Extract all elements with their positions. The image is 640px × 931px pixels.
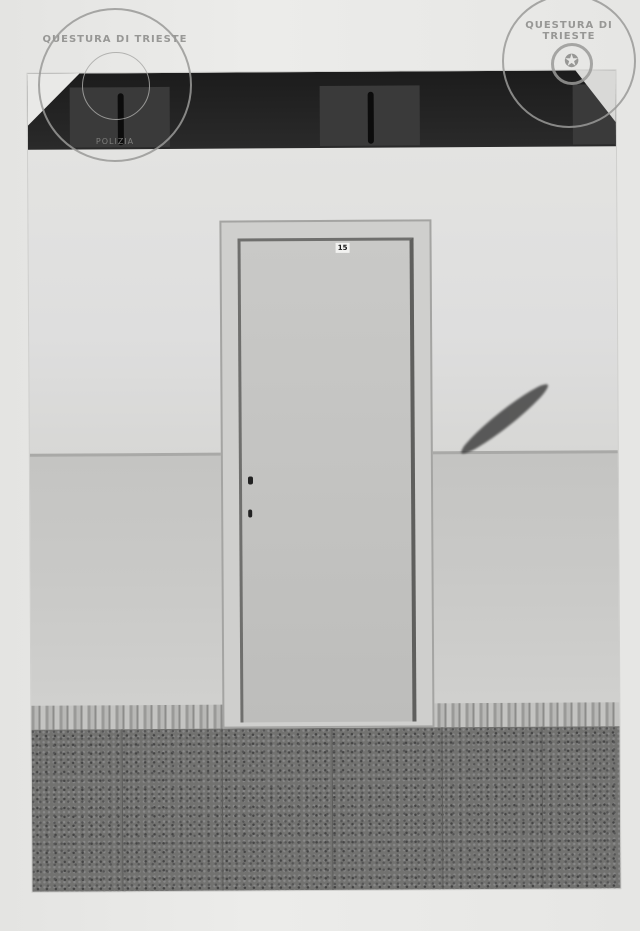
star-emblem-icon: ✪ — [551, 43, 593, 85]
stamp-text: QUESTURA DI TRIESTE — [40, 34, 190, 45]
door-number-plate: 15 — [336, 243, 350, 253]
terrazzo-floor — [32, 726, 621, 892]
photograph: 15 — [28, 70, 621, 892]
stamp-lower-text: POLIZIA — [40, 137, 190, 146]
door-frame: 15 — [219, 219, 434, 728]
stamp-questura-right: QUESTURA DI TRIESTE ✪ — [502, 0, 636, 128]
door-handle-icon — [248, 476, 253, 484]
stamp-text: QUESTURA DI TRIESTE — [504, 20, 634, 42]
door: 15 — [238, 237, 417, 722]
stamp-inner-ring — [82, 52, 150, 120]
keyhole-icon — [248, 509, 252, 517]
stamp-questura-left: QUESTURA DI TRIESTE POLIZIA — [38, 8, 192, 162]
tape-mark — [368, 92, 374, 144]
